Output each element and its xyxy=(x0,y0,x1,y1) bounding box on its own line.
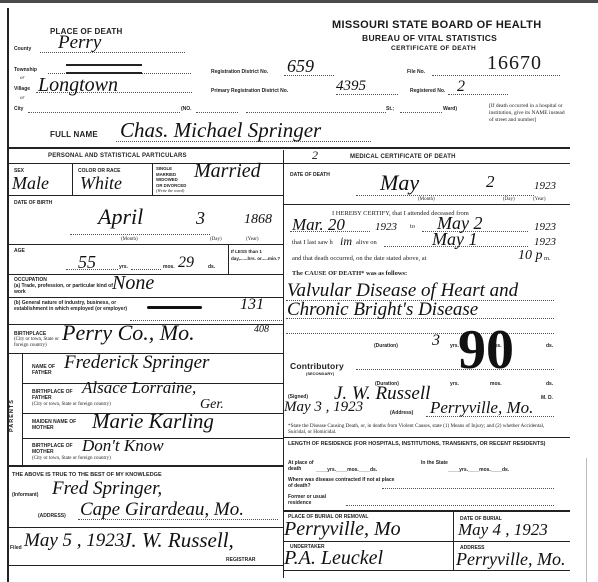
cause-label: The CAUSE OF DEATH* was as follows: xyxy=(292,270,407,277)
death-year-value: 1923 xyxy=(534,180,556,192)
village-value: Longtown xyxy=(38,74,118,97)
informant-address-label: (ADDRESS) xyxy=(38,513,66,519)
contributory-label: Contributory xyxy=(290,361,344,371)
city-line xyxy=(28,112,180,113)
primary-district-value: 4395 xyxy=(336,78,366,95)
contributory-line xyxy=(356,369,554,370)
month-caption: (Month) xyxy=(418,197,435,202)
board-title: MISSOURI STATE BOARD OF HEALTH xyxy=(332,19,541,31)
informant-address-value: Cape Girardeau, Mo. xyxy=(80,499,244,521)
township-struck-value xyxy=(66,64,142,74)
in-state-fields: ____yrs.____mos.____ds. xyxy=(448,467,509,473)
at-place-label: At place of death xyxy=(288,460,318,472)
last-saw-pronoun: im xyxy=(340,234,352,249)
yrs-label: yrs. xyxy=(450,381,459,387)
street-line xyxy=(246,112,386,113)
to-label: to xyxy=(410,223,415,230)
m-label: m. xyxy=(544,255,551,262)
last-saw-year: 1923 xyxy=(534,236,556,248)
contracted-line xyxy=(382,488,554,489)
at-place-fields: ____yrs.____mos.____ds. xyxy=(316,467,377,473)
dob-year-value: 1868 xyxy=(244,212,272,228)
last-saw-text: that I last saw h xyxy=(292,239,333,246)
mother-name-value: Marie Karling xyxy=(92,409,214,434)
day-caption: (Day) xyxy=(210,237,222,242)
dob-day-value: 3 xyxy=(196,208,205,229)
divider xyxy=(228,244,229,274)
filed-label: Filed xyxy=(10,545,22,551)
file-no-line xyxy=(432,75,560,76)
last-saw-date-value: May 1 xyxy=(432,229,477,250)
dob-line xyxy=(70,234,210,235)
village-label: Village xyxy=(14,86,30,92)
divider xyxy=(283,204,570,205)
father-name-value: Frederick Springer xyxy=(64,352,209,374)
registrar-label: REGISTRAR xyxy=(226,557,255,563)
informant-value: Fred Springer, xyxy=(52,478,162,500)
divider xyxy=(72,163,73,195)
death-occurred-text: and that death occurred, on the date sta… xyxy=(292,255,426,262)
ward-line xyxy=(400,112,442,113)
attended-to-year: 1923 xyxy=(534,221,556,233)
marital-options: SINGLE MARRIED WIDOWED OR DIVORCED (Writ… xyxy=(156,166,186,194)
street-no-line xyxy=(196,112,238,113)
duration-years-value: 3 xyxy=(432,332,440,350)
full-name-value: Chas. Michael Springer xyxy=(120,118,321,143)
registered-no-label: Registered No. xyxy=(410,88,445,94)
residence-title: LENGTH OF RESIDENCE (FOR HOSPITALS, INST… xyxy=(288,441,558,448)
ds-label: ds. xyxy=(546,343,553,349)
occupation-a-label: (a) Trade, profession, or particular kin… xyxy=(14,283,114,295)
right-edge xyxy=(586,458,587,582)
viewer-top-bar xyxy=(0,0,598,3)
mother-birthplace-label: BIRTHPLACE OF MOTHER xyxy=(32,443,82,455)
township-label: Township xyxy=(14,67,37,73)
death-month-value: May xyxy=(380,170,419,196)
birthplace-hint: (City or town, State or foreign country) xyxy=(14,337,64,348)
less-than-day-label: If LESS than 1 day,......hrs. or.....min… xyxy=(231,248,283,262)
yrs-label: yrs. xyxy=(119,264,128,270)
bureau-title: BUREAU OF VITAL STATISTICS xyxy=(362,33,497,43)
mother-birthplace-value: Don't Know xyxy=(82,436,164,456)
county-label: County xyxy=(14,46,31,52)
street-no-label: (NO. xyxy=(181,106,192,112)
registered-no-value: 2 xyxy=(457,78,465,96)
divider xyxy=(22,353,23,465)
parents-label: PARENTS xyxy=(9,399,15,432)
file-no-label: File No. xyxy=(407,69,425,75)
birthplace-code: 408 xyxy=(254,324,269,335)
divider xyxy=(283,570,570,571)
divider xyxy=(8,465,283,467)
registration-district-label: Registration District No. xyxy=(211,69,268,75)
occupation-b-label: (b) General nature of industry, business… xyxy=(14,300,134,312)
physician-address-label: (Address) xyxy=(390,410,413,416)
race-value: White xyxy=(80,173,122,194)
death-time-value: 10 p xyxy=(518,248,543,264)
dob-month-value: April xyxy=(98,204,143,230)
sex-value: Male xyxy=(12,173,49,194)
md-label: M. D. xyxy=(541,395,553,401)
secondary-label: (SECONDARY) xyxy=(306,371,334,376)
county-value: Perry xyxy=(58,32,101,54)
father-name-label: NAME OF FATHER xyxy=(32,364,68,376)
month-caption: (Month) xyxy=(121,237,138,242)
day-caption: (Day) xyxy=(503,197,515,202)
registrar-signature: J. W. Russell, xyxy=(122,528,234,553)
ds-label: ds. xyxy=(208,264,215,270)
divider xyxy=(8,244,283,245)
mother-birthplace-hint: (City or town, State or foreign country) xyxy=(32,456,111,461)
father-birthplace-label: BIRTHPLACE OF FATHER xyxy=(32,389,82,401)
marital-value: Married xyxy=(194,160,261,183)
informant-label: (Informant) xyxy=(12,492,38,498)
year-caption: (Year) xyxy=(533,197,546,202)
physician-address-value: Perryville, Mo. xyxy=(430,398,533,418)
street-label: St.; xyxy=(386,106,394,112)
former-residence-label: Former or usual residence xyxy=(288,494,338,506)
ward-label: Ward) xyxy=(443,106,457,112)
in-state-label: In the State xyxy=(421,460,449,466)
burial-date-value: May 4 , 1923 xyxy=(458,520,548,540)
date-of-death-label: DATE OF DEATH xyxy=(290,172,330,178)
personal-section-title: PERSONAL AND STATISTICAL PARTICULARS xyxy=(48,153,187,159)
cause-line-2-value: Chronic Bright's Disease xyxy=(287,299,478,321)
or-label: or xyxy=(20,96,24,101)
alive-on-text: alive on xyxy=(356,239,377,246)
divider xyxy=(283,541,570,542)
age-months-line xyxy=(131,269,161,270)
divider xyxy=(8,147,570,149)
full-name-label: FULL NAME xyxy=(50,130,98,139)
father-birthplace-value: Alsace Lorraine, xyxy=(82,378,196,398)
or-label: or xyxy=(20,76,24,81)
dob-label: DATE OF BIRTH xyxy=(14,200,52,206)
divider xyxy=(8,195,283,196)
death-day-value: 2 xyxy=(486,172,495,192)
primary-district-label: Primary Registration District No. xyxy=(211,88,288,94)
section-mark: 2 xyxy=(312,148,318,163)
divider xyxy=(283,163,570,164)
age-years-value: 55 xyxy=(78,252,96,273)
undertaker-value: P.A. Leuckel xyxy=(284,547,383,570)
age-label: AGE xyxy=(14,248,25,254)
occupation-b-dash xyxy=(147,306,202,309)
column-divider xyxy=(283,150,284,578)
occupation-code: 131 xyxy=(240,296,264,314)
attended-from-year: 1923 xyxy=(375,221,397,233)
father-birthplace-hint: (City or town, State or foreign country) xyxy=(32,402,111,407)
mother-name-label: MAIDEN NAME OF MOTHER xyxy=(32,419,87,431)
birthplace-value: Perry Co., Mo. xyxy=(62,320,195,346)
year-caption: (Year) xyxy=(246,237,259,242)
registration-district-value: 659 xyxy=(287,56,314,77)
ds-label: ds. xyxy=(546,381,553,387)
mos-label: mos. xyxy=(163,264,175,270)
former-residence-line xyxy=(346,505,554,506)
burial-place-value: Perryville, Mo xyxy=(284,518,401,541)
cause-footnote: *State the Disease Causing Death, or, in… xyxy=(288,423,558,435)
medical-section-title: MEDICAL CERTIFICATE OF DEATH xyxy=(350,154,456,160)
left-border xyxy=(7,8,9,582)
divider xyxy=(152,163,153,195)
file-number: 16670 xyxy=(487,52,542,75)
divider xyxy=(8,565,283,566)
duration-label: (Duration) xyxy=(374,343,398,349)
certificate-title: CERTIFICATE OF DEATH xyxy=(391,45,476,52)
undertaker-address-value: Perryville, Mo. xyxy=(456,549,565,570)
filed-date-value: May 5 , 1923 xyxy=(24,530,124,552)
age-days-value: 29 xyxy=(178,254,194,272)
city-label: City xyxy=(14,106,23,112)
marital-hint: (Write the word) xyxy=(156,188,186,194)
mos-label: mos. xyxy=(490,381,502,387)
occupation-a-value: None xyxy=(112,272,154,295)
divider xyxy=(283,437,570,438)
signed-date-value: May 3 , 1923 xyxy=(284,399,363,416)
hospital-note: [If death occurred in a hospital or inst… xyxy=(489,103,569,124)
attended-from-value: Mar. 20 xyxy=(292,215,345,235)
divider xyxy=(283,510,570,512)
